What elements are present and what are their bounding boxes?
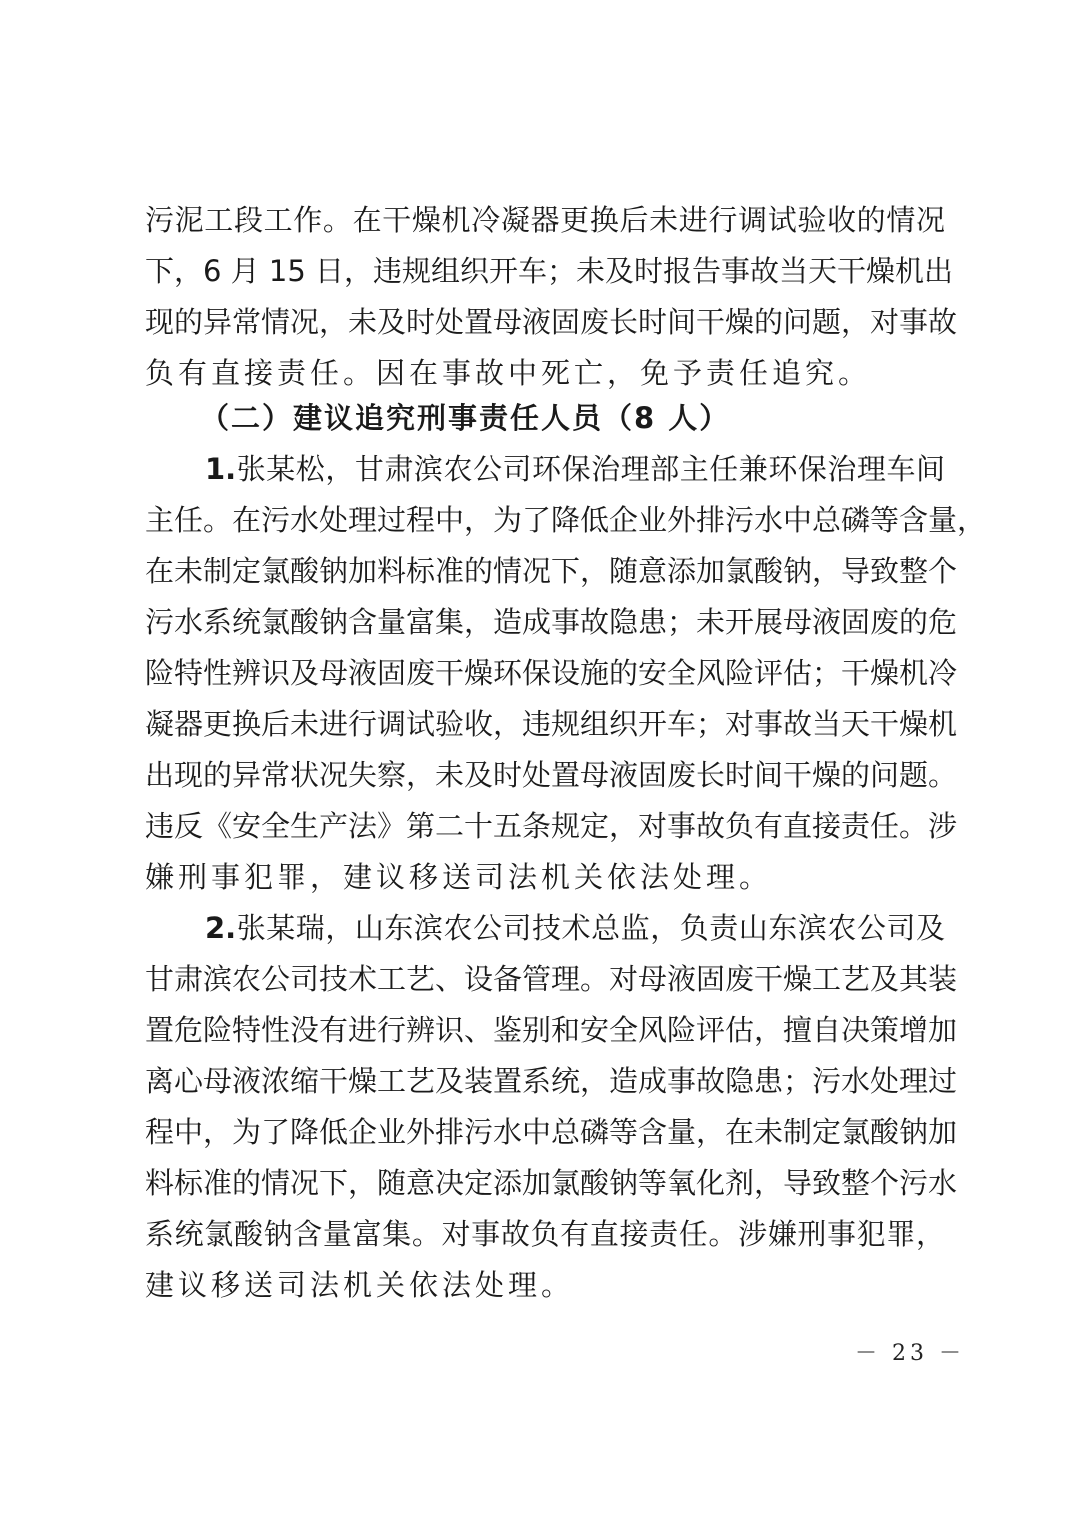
paragraph-line: 系统氯酸钠含量富集。对事故负有直接责任。涉嫌刑事犯罪， <box>145 1209 945 1260</box>
page-number: － 23 － <box>855 1336 965 1367</box>
paragraph-line: 在未制定氯酸钠加料标准的情况下，随意添加氯酸钠，导致整个 <box>145 546 945 597</box>
paragraph-line: 程中，为了降低企业外排污水中总磷等含量，在未制定氯酸钠加 <box>145 1107 945 1158</box>
paragraph-line: 凝器更换后未进行调试验收，违规组织开车；对事故当天干燥机 <box>145 699 945 750</box>
paragraph-line: 嫌刑事犯罪，建议移送司法机关依法处理。 <box>145 852 945 903</box>
paragraph-line: 置危险特性没有进行辨识、鉴别和安全风险评估，擅自决策增加 <box>145 1005 945 1056</box>
paragraph-line: 主任。在污水处理过程中，为了降低企业外排污水中总磷等含量， <box>145 495 945 546</box>
paragraph-line: 离心母液浓缩干燥工艺及装置系统，造成事故隐患；污水处理过 <box>145 1056 945 1107</box>
paragraph-line: 污水系统氯酸钠含量富集，造成事故隐患；未开展母液固废的危 <box>145 597 945 648</box>
item-first-line-text: 张某松，甘肃滨农公司环保治理部主任兼环保治理车间 <box>236 452 945 486</box>
paragraph-line: 险特性辨识及母液固废干燥环保设施的安全风险评估；干燥机冷 <box>145 648 945 699</box>
section-heading: （二）建议追究刑事责任人员（8 人） <box>200 393 730 444</box>
document-page: 污泥工段工作。在干燥机冷凝器更换后未进行调试验收的情况 下，6 月 15 日，违… <box>0 0 1080 1528</box>
item-2-first-line: 2.张某瑞，山东滨农公司技术总监，负责山东滨农公司及 <box>205 903 945 954</box>
paragraph-line: 甘肃滨农公司技术工艺、设备管理。对母液固废干燥工艺及其装 <box>145 954 945 1005</box>
paragraph-line: 违反《安全生产法》第二十五条规定，对事故负有直接责任。涉 <box>145 801 945 852</box>
paragraph-line: 料标准的情况下，随意决定添加氯酸钠等氧化剂，导致整个污水 <box>145 1158 945 1209</box>
item-first-line-text: 张某瑞，山东滨农公司技术总监，负责山东滨农公司及 <box>236 911 945 945</box>
paragraph-line: 污泥工段工作。在干燥机冷凝器更换后未进行调试验收的情况 <box>145 195 945 246</box>
paragraph-line: 建议移送司法机关依法处理。 <box>145 1260 945 1311</box>
item-number: 2. <box>205 911 236 945</box>
paragraph-line: 下，6 月 15 日，违规组织开车；未及时报告事故当天干燥机出 <box>145 246 945 297</box>
item-1-first-line: 1.张某松，甘肃滨农公司环保治理部主任兼环保治理车间 <box>205 444 945 495</box>
item-number: 1. <box>205 452 236 486</box>
paragraph-line: 出现的异常状况失察，未及时处置母液固废长时间干燥的问题。 <box>145 750 945 801</box>
paragraph-line: 负有直接责任。因在事故中死亡，免予责任追究。 <box>145 348 945 399</box>
paragraph-line: 现的异常情况，未及时处置母液固废长时间干燥的问题，对事故 <box>145 297 945 348</box>
